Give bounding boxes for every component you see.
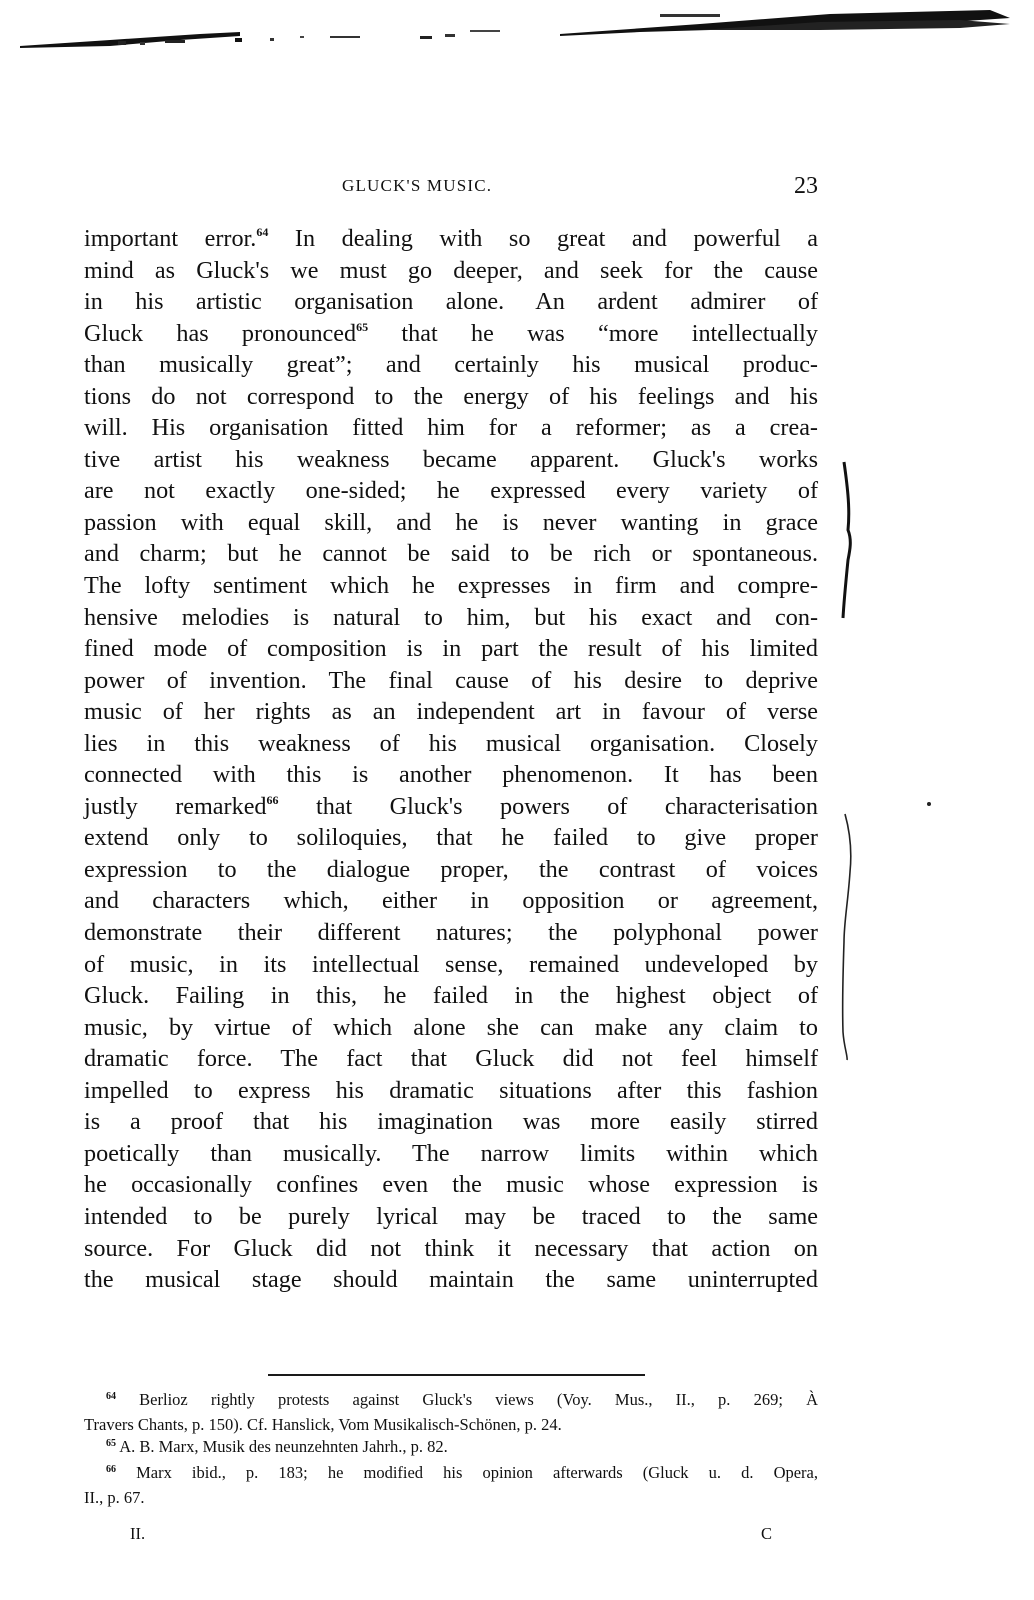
footnote-ref-65[interactable]: 65 bbox=[356, 320, 368, 334]
footnote-66-continued: II., p. 67. bbox=[84, 1487, 818, 1509]
body-text: important error.64 In dealing with so gr… bbox=[84, 223, 818, 1296]
text-line: Gluck has pronounced65 that he was “more… bbox=[84, 318, 818, 350]
margin-bracket-mark bbox=[830, 460, 860, 620]
text-line: of music, in its intellectual sense, rem… bbox=[84, 949, 818, 981]
text-line: intended to be purely lyrical may be tra… bbox=[84, 1201, 818, 1233]
text-line: Gluck. Failing in this, he failed in the… bbox=[84, 980, 818, 1012]
text-line: extend only to soliloquies, that he fail… bbox=[84, 822, 818, 854]
text-line: and charm; but he cannot be said to be r… bbox=[84, 538, 818, 570]
text-line: than musically great”; and certainly his… bbox=[84, 349, 818, 381]
scan-edge-artifact bbox=[0, 0, 1034, 60]
text-line: and characters which, either in oppositi… bbox=[84, 885, 818, 917]
text-line: important error.64 In dealing with so gr… bbox=[84, 223, 818, 255]
text-line: in his artistic organisation alone. An a… bbox=[84, 286, 818, 318]
text-line: music, by virtue of which alone she can … bbox=[84, 1012, 818, 1044]
footnotes: 64 Berlioz rightly protests against Gluc… bbox=[84, 1389, 818, 1509]
page-number: 23 bbox=[794, 171, 818, 201]
text-line: justly remarked66 that Gluck's powers of… bbox=[84, 791, 818, 823]
text-line: the musical stage should maintain the sa… bbox=[84, 1264, 818, 1296]
text-line: impelled to express his dramatic situati… bbox=[84, 1075, 818, 1107]
footnote-64-continued: Travers Chants, p. 150). Cf. Hanslick, V… bbox=[84, 1414, 818, 1436]
text-line: music of her rights as an independent ar… bbox=[84, 696, 818, 728]
text-line: tive artist his weakness became apparent… bbox=[84, 444, 818, 476]
text-line: demonstrate their different natures; the… bbox=[84, 917, 818, 949]
running-head: Gluck's Music. 23 bbox=[84, 172, 818, 202]
text-line: mind as Gluck's we must go deeper, and s… bbox=[84, 255, 818, 287]
text-line: are not exactly one-sided; he expressed … bbox=[84, 475, 818, 507]
text-line: fined mode of composition is in part the… bbox=[84, 633, 818, 665]
volume-signature: II. bbox=[130, 1524, 145, 1544]
footnote-64: 64 Berlioz rightly protests against Gluc… bbox=[84, 1389, 818, 1414]
text-line: tions do not correspond to the energy of… bbox=[84, 381, 818, 413]
footnote-rule bbox=[268, 1374, 645, 1376]
running-title: Gluck's Music. bbox=[342, 172, 492, 200]
text-line: The lofty sentiment which he expresses i… bbox=[84, 570, 818, 602]
text-line: is a proof that his imagination was more… bbox=[84, 1106, 818, 1138]
stray-mark bbox=[925, 800, 933, 808]
footnote-ref-64[interactable]: 64 bbox=[256, 225, 268, 239]
text-line: expression to the dialogue proper, the c… bbox=[84, 854, 818, 886]
text-line: poetically than musically. The narrow li… bbox=[84, 1138, 818, 1170]
footnote-66: 66 Marx ibid., p. 183; he modified his o… bbox=[84, 1462, 818, 1487]
text-line: lies in this weakness of his musical org… bbox=[84, 728, 818, 760]
text-line: hensive melodies is natural to him, but … bbox=[84, 602, 818, 634]
text-line: he occasionally confines even the music … bbox=[84, 1169, 818, 1201]
text-line: connected with this is another phenomeno… bbox=[84, 759, 818, 791]
signature-line: II. C bbox=[84, 1524, 818, 1548]
text-line: power of invention. The final cause of h… bbox=[84, 665, 818, 697]
text-line: dramatic force. The fact that Gluck did … bbox=[84, 1043, 818, 1075]
text-line: passion with equal skill, and he is neve… bbox=[84, 507, 818, 539]
margin-bracket-mark bbox=[830, 812, 860, 1062]
footnote-65: 65 A. B. Marx, Musik des neunzehnten Jah… bbox=[84, 1436, 818, 1461]
text-line: will. His organisation fitted him for a … bbox=[84, 412, 818, 444]
gathering-signature: C bbox=[761, 1524, 772, 1544]
footnote-ref-66[interactable]: 66 bbox=[267, 793, 279, 807]
text-line: source. For Gluck did not think it neces… bbox=[84, 1233, 818, 1265]
